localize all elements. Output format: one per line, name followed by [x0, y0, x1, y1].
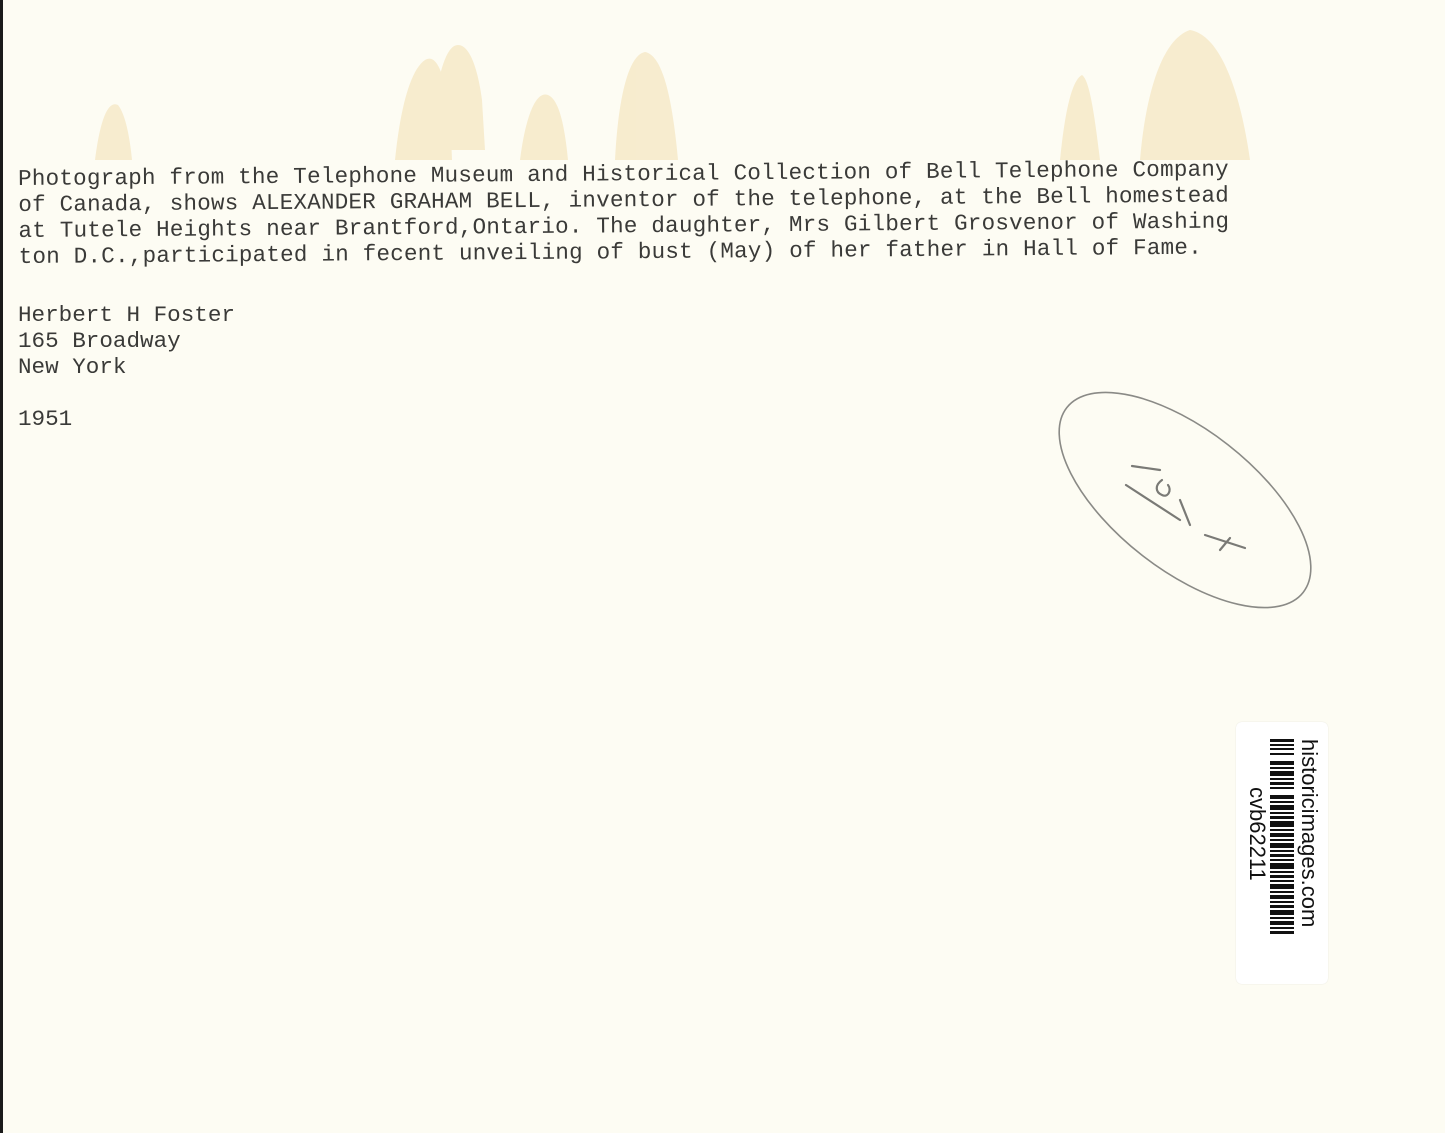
photo-credit: Herbert H Foster 165 Broadway New York	[18, 302, 235, 380]
paper-stains	[0, 0, 1445, 170]
archive-label: historicimages.com	[1236, 722, 1328, 984]
pencil-annotation: 1524	[1040, 370, 1340, 640]
label-code: cvb62211	[1244, 787, 1270, 881]
credit-address: 165 Broadway	[18, 328, 235, 354]
barcode	[1270, 739, 1294, 939]
year: 1951	[18, 406, 72, 432]
label-site: historicimages.com	[1296, 733, 1322, 979]
photo-caption: Photograph from the Telephone Museum and…	[18, 155, 1399, 270]
credit-city: New York	[18, 354, 235, 380]
credit-name: Herbert H Foster	[18, 302, 235, 328]
